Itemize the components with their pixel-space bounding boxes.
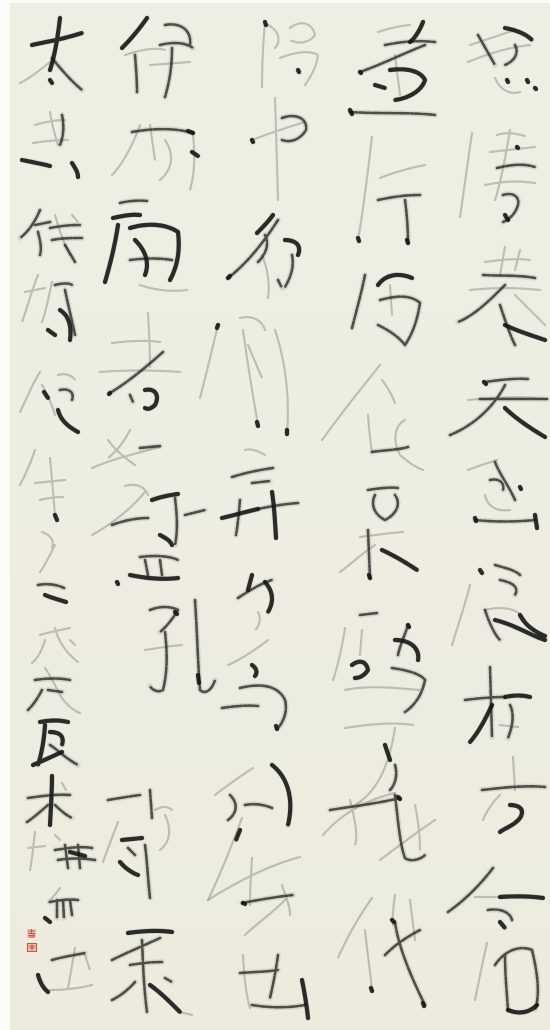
brush-stroke-heavy [38,975,48,992]
brush-stroke-heavy [480,570,545,640]
brush-stroke-faint [368,415,423,470]
seal-character [29,930,35,938]
glyph-b9: 仙 [338,895,425,1006]
brush-stroke-heavy [358,238,408,243]
glyph-c6: 烏 [222,575,286,729]
glyph-b5: 以 [368,415,423,470]
glyph-a8: 去 [482,757,545,832]
column-a: 怒濤卷天蓋浪古去今何 怒 濤 卷 天 蓋 [448,28,547,1012]
glyph-e12: 撫 [28,832,95,870]
ink-halo [448,868,512,920]
brush-stroke-dark [150,600,215,692]
column-b: 盪行偶人以裏鷗飛仙 盪 行 偶 人 以 裏 [322,22,435,1006]
brush-stroke-faint [20,450,65,518]
brush-stroke-faint [32,628,78,663]
glyph-d7: 孔 [145,600,215,692]
glyph-e11: 林 [27,776,72,825]
glyph-a2: 濤 [460,130,535,222]
brush-stroke-dark [240,955,305,1007]
brush-stroke-faint [100,313,180,372]
brush-stroke-heavy [50,776,52,825]
glyph-a5: 蓋 [468,460,537,528]
brush-stroke-faint [92,485,148,535]
brush-stroke-dark [378,195,420,243]
glyph-c7: 勇 [208,765,290,900]
brush-stroke-faint [20,62,50,83]
brush-stroke-faint [468,30,530,93]
ink-halo [20,210,82,262]
glyph-c4: 風 [200,317,288,435]
ink-halo [150,600,215,692]
column-c: 陽中射風奔烏勇女山 陽 中 射 風 奔 [200,22,318,1018]
glyph-a6: 浪 [452,565,545,645]
brush-stroke-dark [360,613,425,712]
glyph-c9: 山 [240,955,308,1018]
ink-halo [265,22,299,72]
glyph-c2: 中 [252,98,306,200]
ink-halo [475,462,535,522]
glyph-d3: 闊 [105,201,187,291]
glyph-d1: 陣 [122,18,193,97]
brush-stroke-faint [358,137,425,240]
brush-stroke-heavy [32,18,82,83]
glyph-e1: 大 [20,18,82,90]
brush-stroke-faint [252,98,305,200]
ink-halo [465,667,513,738]
brush-stroke-faint [208,768,253,900]
brush-stroke-faint [323,724,435,860]
brush-stroke-heavy [252,140,253,142]
brush-stroke-dark [222,580,286,728]
brush-stroke-faint [475,943,487,1000]
ink-halo [217,325,287,434]
glyph-e4: 塘 [22,275,75,340]
column-d: 陣乃闊生女孟孔聲震 陣 乃 闊 生 女 [92,18,215,1015]
brush-stroke-faint [22,275,52,322]
glyph-e9: 戌 [28,668,80,713]
brush-stroke-heavy [470,696,530,743]
glyph-a9: 今 [448,868,543,928]
brush-stroke-heavy [55,515,57,520]
glyph-b4: 人 [322,365,395,440]
ink-layer: 怒濤卷天蓋浪古去今何 怒 濤 卷 天 蓋 [0,0,550,1030]
glyph-e3: 錢 [20,210,82,262]
glyph-b7: 鷗 [333,613,425,712]
ink-halo [232,468,298,535]
glyph-c3: 射 [228,215,299,298]
glyph-e5: 觀 [20,372,78,432]
brush-stroke-faint [333,628,420,690]
brush-stroke-dark [330,765,425,860]
glyph-e2: 其 [22,112,78,177]
glyph-c1: 陽 [262,22,318,88]
glyph-b6: 裏 [340,488,417,578]
ink-halo [360,613,425,712]
brush-stroke-heavy [122,18,147,48]
brush-stroke-faint [262,255,269,298]
brush-stroke-dark [52,58,82,90]
glyph-d4: 生 [100,313,180,409]
glyph-b8: 飛 [323,724,435,861]
glyph-e8: 戊 [32,628,78,663]
glyph-d5: 女 [92,430,160,468]
brush-stroke-dark [352,275,420,345]
column-e: 大其錢塘觀作之戊戌夏林撫無書 大 其 錢 塘 觀 [20,18,95,992]
seal-upper: red seal (upper) [27,929,36,938]
brush-stroke-faint [228,612,268,665]
brush-stroke-dark [135,24,193,97]
glyph-a7: 古 [465,667,530,742]
brush-stroke-faint [262,22,318,88]
brush-stroke-faint [200,317,288,435]
glyph-e7: 之 [38,532,66,602]
brush-stroke-faint [62,783,66,790]
ink-halo [330,765,425,860]
glyph-e14: 書 [38,948,92,992]
brush-stroke-faint [243,955,250,1008]
brush-stroke-heavy [120,838,142,875]
brush-stroke-heavy [350,22,425,114]
brush-stroke-faint [460,130,535,217]
glyph-a1: 怒 [468,28,536,93]
glyph-b2: 行 [358,137,425,243]
glyph-e10: 夏 [33,721,78,766]
glyph-d8: 聲 [103,790,172,898]
glyph-d2: 乃 [112,125,198,190]
glyph-a10: 何 [475,943,538,1012]
glyph-b1: 盪 [350,22,435,115]
brush-stroke-heavy [222,492,276,538]
glyph-d9: 震 [112,931,192,1015]
seal-lower: red seal (lower) [27,943,37,952]
brush-stroke-heavy [243,903,245,904]
brush-stroke-heavy [265,22,299,72]
brush-stroke-faint [322,365,395,440]
brush-stroke-faint [140,285,187,291]
glyph-e13: 無 [45,888,78,922]
glyph-c5: 奔 [222,449,298,538]
ink-halo [28,679,70,711]
brush-stroke-faint [40,532,55,572]
brush-stroke-faint [103,807,172,862]
glyph-d6: 孟 [92,485,205,584]
brush-stroke-faint [112,125,194,190]
glyph-b3: 偶 [352,275,420,345]
brush-stroke-dark [108,790,152,898]
glyph-a3: 卷 [458,247,545,345]
ink-halo [484,382,545,437]
brush-stroke-faint [245,449,265,455]
brush-stroke-heavy [217,325,287,434]
calligraphy-artwork: 怒濤卷天蓋浪古去今何 怒 濤 卷 天 蓋 [0,0,550,1030]
brush-stroke-heavy [500,805,522,832]
glyph-e6: 作 [20,450,65,520]
ink-halo [135,24,193,97]
ink-halo [470,696,530,743]
brush-stroke-heavy [369,550,417,578]
ink-halo [358,238,408,243]
ink-halo [378,195,420,243]
glyph-a4: 天 [450,379,547,437]
